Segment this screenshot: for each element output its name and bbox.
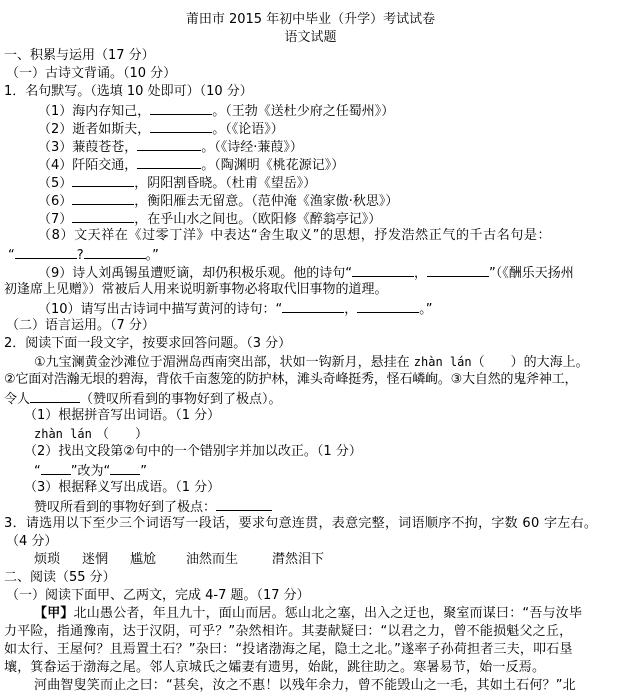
- passage-jia-line-4: 壤，箕畚运于渤海之尾。邻人京城氏之孀妻有遗男，始龀，跳往助之。寒暑易节，始一反焉…: [4, 659, 545, 677]
- question-3-prompt: 3．请选用以下至少三个词语写一段话，要求句意连贯，表意完整，词语顺序不拘，字数 …: [4, 515, 597, 533]
- q1-item-6: （6），衡阳雁去无留意。（范仲淹《渔家傲·秋思》）: [38, 191, 398, 209]
- exam-subtitle: 语文试题: [0, 29, 621, 47]
- open-quote: “: [34, 464, 41, 479]
- item-text: （10）请写出古诗词中描写黄河的诗句：“: [38, 302, 282, 317]
- q1-item-3: （3）蒹葭苍苍，。（《诗经·蒹葭》）: [38, 137, 303, 155]
- comma: ，: [414, 266, 427, 281]
- item-number: （5）: [38, 176, 72, 191]
- item-text-after: ，衡阳雁去无留意。（范仲淹《渔家傲·秋思》）: [134, 194, 398, 209]
- close-quote: 。”: [146, 248, 159, 263]
- separator-mark: ?: [77, 248, 84, 263]
- section-heading-part2: 二、阅读（55 分）: [4, 569, 116, 587]
- item-text-after: ，在乎山水之间也。（欧阳修《醉翁亭记》）: [134, 212, 381, 227]
- answer-blank[interactable]: [30, 389, 80, 403]
- definition-text: 赞叹所看到的事物好到了极点：: [34, 500, 216, 515]
- passage-text: （ ）的大海上。: [472, 355, 589, 370]
- passage-text: （赞叹所看到的事物好到了极点）。: [80, 392, 282, 407]
- q2-passage-line-1: ①九宝澜黄金沙滩位于湄洲岛西南突出部，状如一钩新月，悬挂在 zhàn lán（ …: [34, 353, 589, 371]
- item-text-after: 。（陶渊明《桃花源记》）: [201, 158, 344, 173]
- q1-item-7: （7），在乎山水之间也。（欧阳修《醉翁亭记》）: [38, 209, 381, 227]
- answer-blank[interactable]: [150, 101, 212, 115]
- q2-passage-line-3: 令人（赞叹所看到的事物好到了极点）。: [4, 389, 282, 407]
- q2-subquestion-2: （2）找出文段第②句中的一个错别字并加以改正。（1 分）: [24, 443, 362, 461]
- answer-blank[interactable]: [216, 497, 272, 511]
- answer-blank[interactable]: [72, 209, 134, 223]
- passage-label-jia: 【甲】: [34, 606, 74, 621]
- answer-blank[interactable]: [137, 155, 201, 169]
- pinyin: zhàn lán: [414, 355, 472, 369]
- q1-item-4: （4）阡陌交通，。（陶渊明《桃花源记》）: [38, 155, 344, 173]
- change-to-label: ”改为“: [71, 464, 110, 479]
- subsection-heading-reading: （一）阅读下面甲、乙两文，完成 4-7 题。（17 分）: [6, 587, 310, 605]
- answer-blank[interactable]: [72, 191, 134, 205]
- passage-jia-line-3: 如太行、王屋何？且焉置土石？”杂曰：“投诸渤海之尾，隐土之北。”遂率子孙荷担者三…: [4, 641, 573, 659]
- passage-text: 北山愚公者，年且九十，面山而居。惩山北之塞，出入之迂也，聚室而谋曰：“吾与汝毕: [74, 606, 583, 621]
- item-text-before: 逝者如斯夫，: [72, 122, 150, 137]
- word-option: 尴尬: [130, 551, 186, 569]
- question-3-points: （4 分）: [6, 533, 57, 551]
- item-text-before: 海内存知己，: [72, 104, 150, 119]
- item-text-before: 蒹葭苍苍，: [72, 140, 137, 155]
- q1-item-9: （9）诗人刘禹锡虽遭贬谪，却仍积极乐观。他的诗句“，”（《酬乐天扬州: [38, 263, 574, 281]
- item-number: （1）: [38, 104, 72, 119]
- item-text-before: 阡陌交通，: [72, 158, 137, 173]
- answer-blank[interactable]: [150, 119, 212, 133]
- section-heading-part1: 一、积累与运用（17 分）: [4, 47, 155, 65]
- close-quote: 。”: [419, 302, 432, 317]
- passage-jia-line-1: 【甲】北山愚公者，年且九十，面山而居。惩山北之塞，出入之迂也，聚室而谋曰：“吾与…: [34, 605, 582, 623]
- q1-item-8-answer: “?。”: [8, 245, 159, 263]
- q1-item-2: （2）逝者如斯夫，。（《论语》）: [38, 119, 284, 137]
- passage-jia-line-5: 河曲智叟笑而止之曰：“甚矣，汝之不惠！以残年余力，曾不能毁山之一毛，其如土石何？…: [34, 677, 576, 695]
- word-option: 烦琐: [34, 551, 82, 569]
- answer-blank[interactable]: [15, 245, 77, 259]
- subsection-heading-recitation: （一）古诗文背诵。（10 分）: [6, 65, 176, 83]
- subsection-heading-language: （二）语言运用。（7 分）: [6, 317, 155, 335]
- item-number: （2）: [38, 122, 72, 137]
- q1-item-9-line2: 初逢席上见赠》）常被后人用来说明新事物必将取代旧事物的道理。: [4, 281, 388, 299]
- item-text-after: ，阴阳割昏晓。（杜甫《望岳》）: [134, 176, 316, 191]
- answer-blank[interactable]: [84, 245, 146, 259]
- open-quote: “: [8, 248, 15, 263]
- question-2-prompt: 2．阅读下面一段文字，按要求回答问题。（3 分）: [4, 335, 291, 353]
- comma: ，: [344, 302, 357, 317]
- item-text-after: 。（《诗经·蒹葭》）: [201, 140, 303, 155]
- answer-blank[interactable]: [352, 263, 414, 277]
- q1-item-5: （5），阴阳割昏晓。（杜甫《望岳》）: [38, 173, 316, 191]
- word-option: 迷惘: [82, 551, 130, 569]
- item-text-after: 。（王勃《送杜少府之任蜀州》）: [212, 104, 394, 119]
- question-3-word-list: 烦琐迷惘尴尬油然而生潸然泪下: [34, 551, 324, 569]
- item-number: （3）: [38, 140, 72, 155]
- answer-blank[interactable]: [41, 461, 71, 475]
- item-text: ”（《酬乐天扬州: [489, 266, 574, 281]
- item-text: （9）诗人刘禹锡虽遭贬谪，却仍积极乐观。他的诗句“: [38, 266, 352, 281]
- item-text-after: 。（《论语》）: [212, 122, 284, 137]
- q2-subquestion-1-answer: zhàn lán （ ）: [34, 425, 148, 443]
- item-number: （6）: [38, 194, 72, 209]
- answer-blank[interactable]: [137, 137, 201, 151]
- close-quote: ”: [140, 464, 147, 479]
- answer-blank[interactable]: [72, 173, 134, 187]
- exam-page: 莆田市 2015 年初中毕业（升学）考试试卷 语文试题 一、积累与运用（17 分…: [0, 0, 621, 700]
- question-1-prompt: 1．名句默写。（选填 10 处即可）（10 分）: [4, 83, 253, 101]
- passage-text: ①九宝澜黄金沙滩位于湄洲岛西南突出部，状如一钩新月，悬挂在: [34, 355, 414, 370]
- exam-title: 莆田市 2015 年初中毕业（升学）考试试卷: [0, 11, 621, 29]
- pinyin: zhàn lán: [34, 427, 92, 441]
- q1-item-10: （10）请写出古诗词中描写黄河的诗句：“，。”: [38, 299, 433, 317]
- q2-passage-line-2: ②它面对浩瀚无垠的碧海，背依千亩葱笼的防护林，滩头奇峰挺秀，怪石嶙峋。③大自然的…: [4, 371, 577, 389]
- q1-item-8: （8）文天祥在《过零丁洋》中表达“舍生取义”的思想，抒发浩然正气的千古名句是：: [38, 227, 551, 245]
- passage-jia-line-2: 力平险，指通豫南，达于汉阴，可乎？”杂然相许。其妻献疑曰：“以君之力，曾不能损魁…: [4, 623, 572, 641]
- passage-text: 令人: [4, 392, 30, 407]
- answer-blank[interactable]: [110, 461, 140, 475]
- q1-item-1: （1）海内存知己，。（王勃《送杜少府之任蜀州》）: [38, 101, 394, 119]
- word-option: 潸然泪下: [272, 551, 324, 569]
- answer-blank[interactable]: [427, 263, 489, 277]
- item-number: （7）: [38, 212, 72, 227]
- q2-subquestion-1: （1）根据拼音写出词语。（1 分）: [24, 407, 220, 425]
- q2-subquestion-2-answer: “”改为“”: [34, 461, 147, 479]
- q2-subquestion-3-answer: 赞叹所看到的事物好到了极点：: [34, 497, 272, 515]
- item-number: （4）: [38, 158, 72, 173]
- word-option: 油然而生: [186, 551, 272, 569]
- answer-blank[interactable]: [282, 299, 344, 313]
- answer-paren[interactable]: （ ）: [96, 427, 148, 442]
- answer-blank[interactable]: [357, 299, 419, 313]
- q2-subquestion-3: （3）根据释义写出成语。（1 分）: [24, 479, 220, 497]
